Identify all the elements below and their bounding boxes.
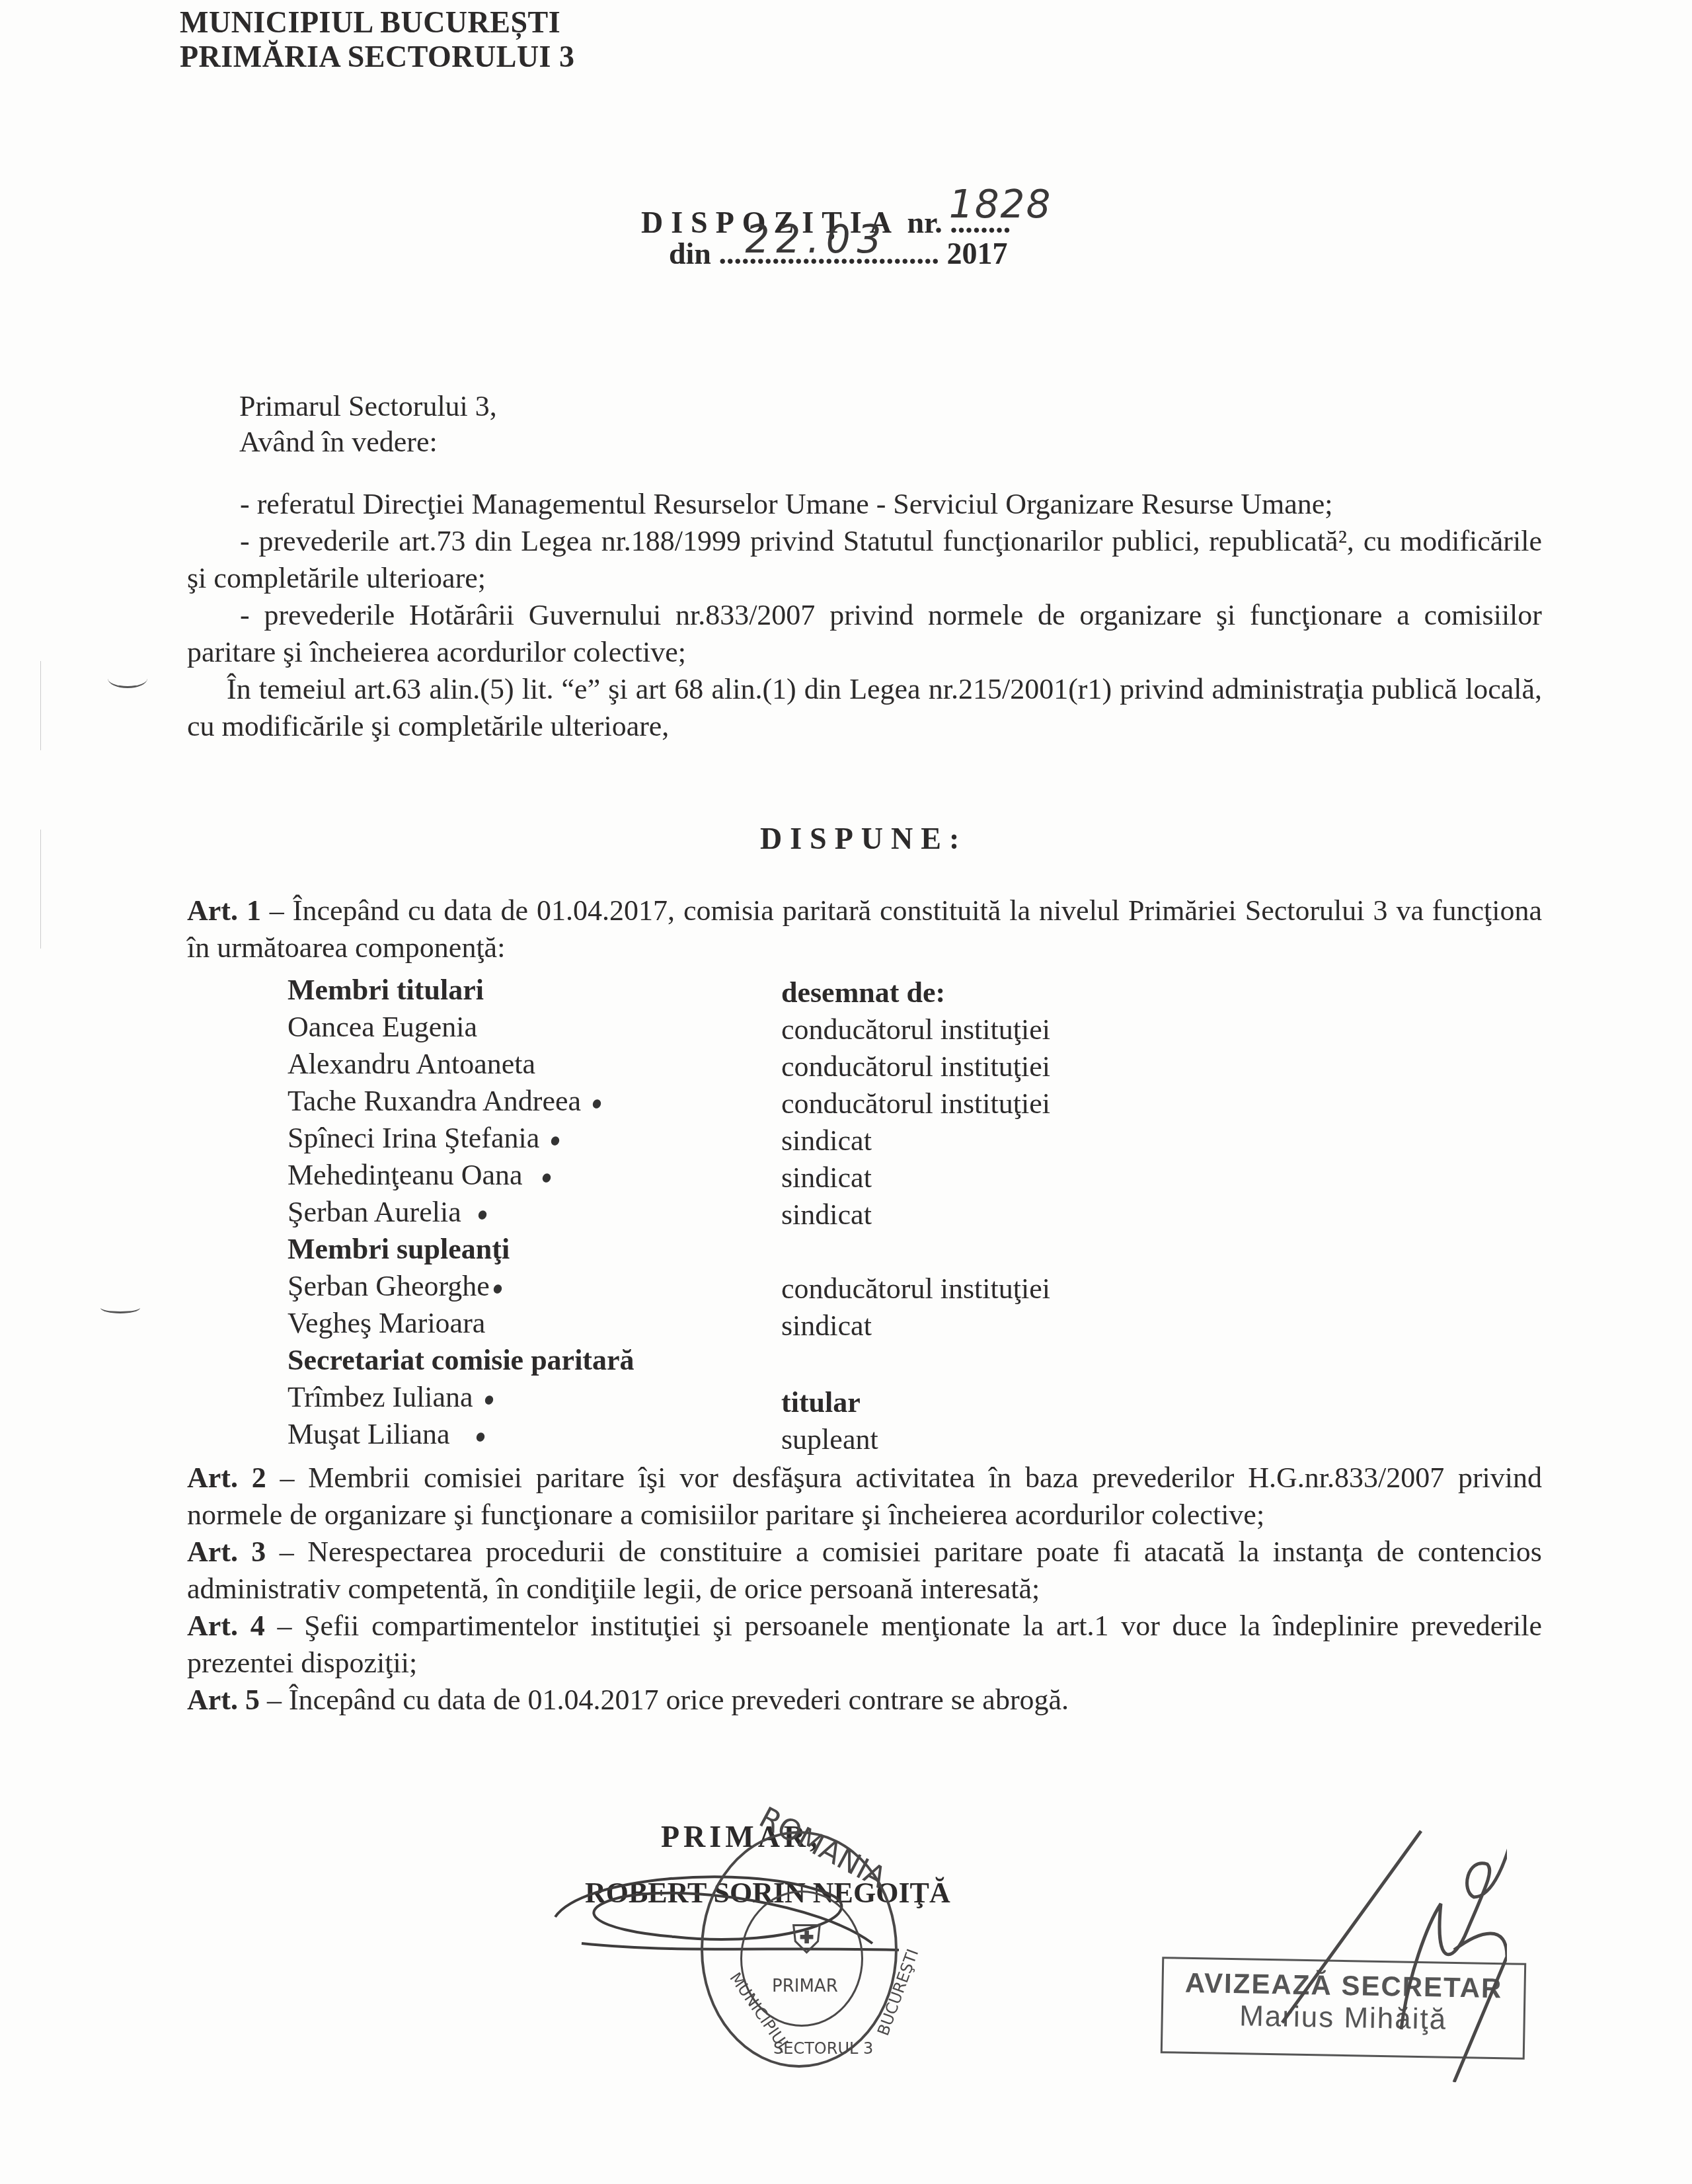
punch-hole-mark — [100, 1302, 140, 1313]
consideration-item: - prevederile art.73 din Legea nr.188/19… — [187, 523, 1542, 597]
member-name: Şerban Aurelia — [288, 1194, 486, 1231]
secretariat-header: Secretariat comisie paritară — [288, 1342, 634, 1379]
handwritten-date: 22.03 — [745, 217, 888, 262]
member-designated: conducătorul instituţiei — [781, 1048, 1050, 1085]
coat-of-arms-icon: ⛨ — [792, 1917, 822, 1963]
member-name: Trîmbez Iuliana — [288, 1379, 493, 1416]
issuer: Primarul Sectorului 3, — [239, 389, 497, 424]
member-designated: conducătorul instituţiei — [781, 1011, 1050, 1048]
article-2: Art. 2 – Membrii comisiei paritare îşi v… — [187, 1460, 1542, 1534]
member-name: Spîneci Irina Ştefania — [288, 1120, 559, 1157]
member-role: titular — [781, 1384, 861, 1421]
member-designated: sindicat — [781, 1196, 872, 1233]
member-designated: sindicat — [781, 1159, 872, 1196]
member-name: Şerban Gheorghe — [288, 1268, 502, 1305]
legal-basis: În temeiul art.63 alin.(5) lit. “e” şi a… — [187, 671, 1542, 745]
check-mark-icon — [541, 1172, 552, 1184]
date-prefix: din — [669, 237, 711, 270]
designated-header: desemnat de: — [781, 974, 945, 1011]
check-mark-icon — [592, 1098, 603, 1110]
member-designated: sindicat — [781, 1307, 872, 1345]
article-5: Art. 5 – Începând cu data de 01.04.2017 … — [187, 1682, 1542, 1719]
article-1: Art. 1 – Începând cu data de 01.04.2017,… — [187, 892, 1542, 966]
article-4: Art. 4 – Şefii compartimentelor instituţ… — [187, 1608, 1542, 1682]
member-name: Muşat Liliana — [288, 1416, 484, 1453]
consideration-item: - referatul Direcţiei Managementul Resur… — [187, 486, 1542, 523]
punch-hole-mark — [108, 669, 147, 688]
document-title-block: DISPOZIȚIA nr. ........ 1828 din .......… — [641, 205, 1011, 271]
scan-margin-line — [40, 830, 41, 949]
date-year: 2017 — [946, 237, 1007, 270]
article-1-label: Art. 1 — [187, 894, 261, 927]
check-mark-icon — [475, 1431, 486, 1443]
member-designated: conducătorul instituţiei — [781, 1270, 1050, 1307]
number-prefix: nr. — [907, 206, 942, 239]
check-mark-icon — [550, 1135, 561, 1147]
stamp-text-center: PRIMAR — [772, 1976, 838, 1996]
member-name: Tache Ruxandra Andreea — [288, 1083, 601, 1120]
member-name: Vegheş Marioara — [288, 1305, 485, 1342]
header-city-hall: PRIMĂRIA SECTORULUI 3 — [180, 40, 575, 74]
check-mark-icon — [492, 1283, 503, 1295]
member-role: supleant — [781, 1421, 878, 1458]
supleanti-header: Membri supleanţi — [288, 1231, 510, 1268]
considerations-block: - referatul Direcţiei Managementul Resur… — [187, 486, 1542, 745]
secretary-signature — [1203, 1805, 1507, 2082]
articles-block: Art. 2 – Membrii comisiei paritare îşi v… — [187, 1460, 1542, 1719]
scan-margin-line — [40, 661, 41, 750]
intro-block: Primarul Sectorului 3, Având în vedere: — [239, 389, 497, 460]
handwritten-number: 1828 — [949, 182, 1052, 227]
header-municipality: MUNICIPIUL BUCUREȘTI — [180, 5, 575, 40]
article-1-text: – Începând cu data de 01.04.2017, comisi… — [187, 894, 1542, 964]
titulari-header: Membri titulari — [288, 972, 484, 1009]
disposes-heading: DISPUNE: — [760, 821, 967, 856]
stamp-text-bottom: SECTORUL 3 — [773, 2039, 873, 2058]
considering-label: Având în vedere: — [239, 424, 497, 460]
member-designated: conducătorul instituţiei — [781, 1085, 1050, 1122]
member-name: Mehedinţeanu Oana — [288, 1157, 551, 1194]
member-name: Alexandru Antoaneta — [288, 1046, 535, 1083]
check-mark-icon — [477, 1209, 488, 1221]
member-designated: sindicat — [781, 1122, 872, 1159]
document-header: MUNICIPIUL BUCUREȘTI PRIMĂRIA SECTORULUI… — [180, 5, 575, 74]
consideration-item: - prevederile Hotărârii Guvernului nr.83… — [187, 597, 1542, 671]
article-3: Art. 3 – Nerespectarea procedurii de con… — [187, 1534, 1542, 1608]
member-name: Oancea Eugenia — [288, 1009, 477, 1046]
check-mark-icon — [483, 1394, 494, 1406]
